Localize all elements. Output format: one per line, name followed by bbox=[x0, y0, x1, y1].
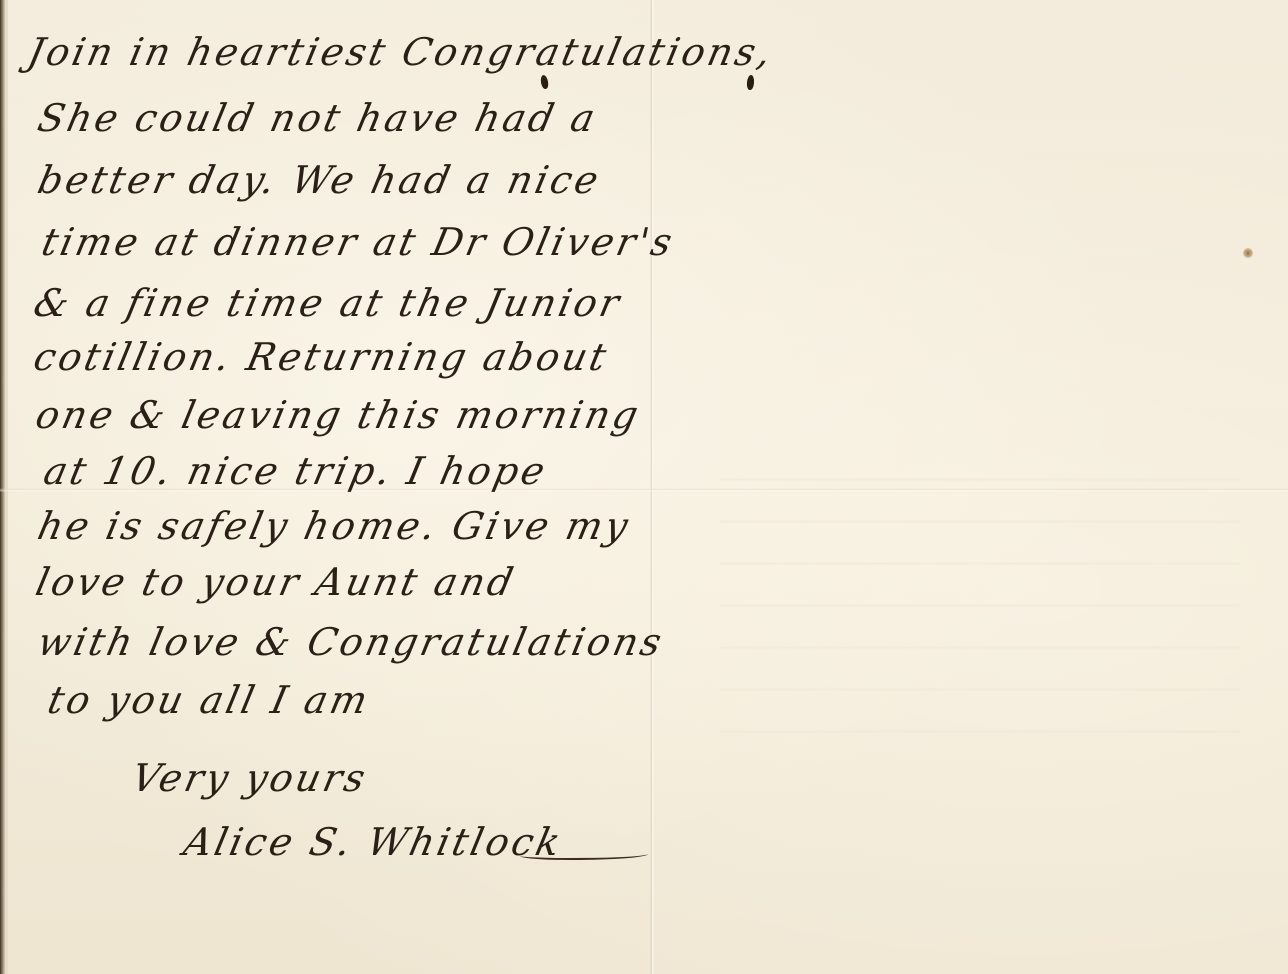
letter-line: he is safely home. Give my bbox=[34, 504, 635, 548]
letter-line: with love & Congratulations bbox=[34, 620, 668, 664]
letter-line: love to your Aunt and bbox=[32, 560, 520, 604]
signature-flourish bbox=[520, 850, 648, 860]
right-page-blank bbox=[656, 0, 1288, 974]
letter-paper: Join in heartiest Congratulations, She c… bbox=[0, 0, 1288, 974]
letter-line: time at dinner at Dr Oliver's bbox=[38, 220, 679, 264]
letter-line: one & leaving this morning bbox=[32, 393, 645, 437]
letter-line: at 10. nice trip. I hope bbox=[40, 449, 552, 493]
letter-line: & a fine time at the Junior bbox=[30, 281, 626, 325]
left-page-handwriting: Join in heartiest Congratulations, She c… bbox=[0, 0, 660, 974]
letter-signature: Alice S. Whitlock bbox=[180, 820, 567, 864]
letter-line: better day. We had a nice bbox=[34, 158, 605, 202]
letter-line: She could not have had a bbox=[34, 96, 602, 140]
letter-closing: Very yours bbox=[128, 756, 372, 800]
letter-line: cotillion. Returning about bbox=[30, 335, 613, 379]
letter-line: to you all I am bbox=[44, 678, 374, 722]
